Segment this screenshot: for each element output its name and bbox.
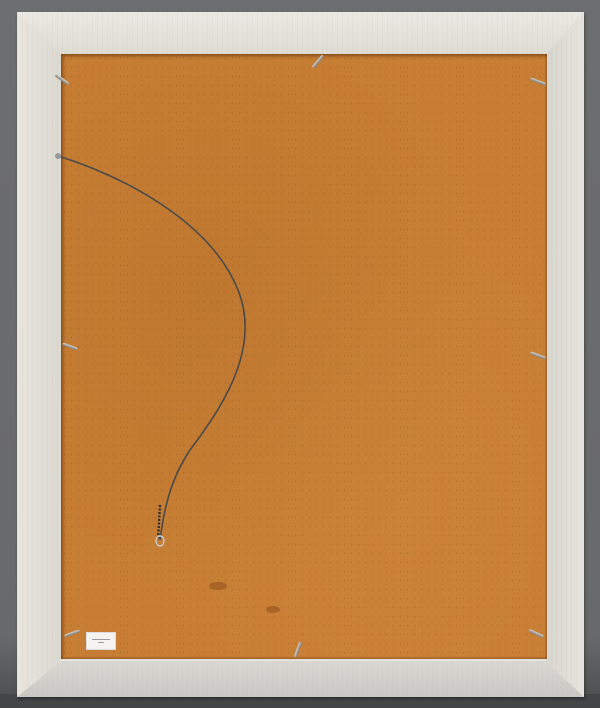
wire-eye-screw [55,153,61,159]
hanging-wire [0,0,600,708]
inventory-label [86,632,116,650]
